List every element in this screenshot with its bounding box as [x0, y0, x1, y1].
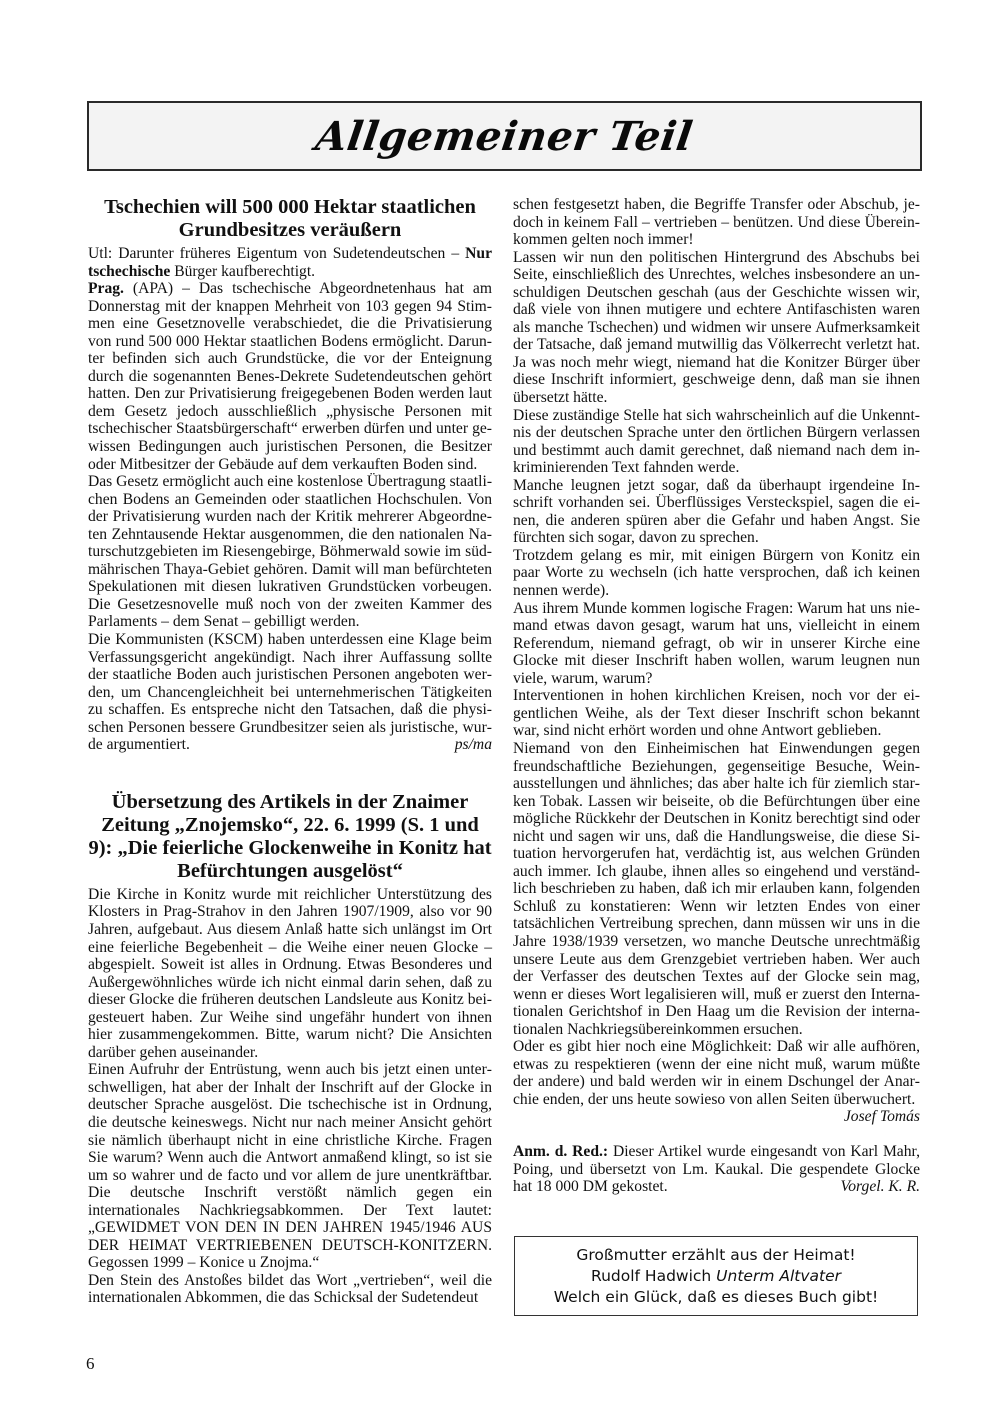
article1-signature: ps/ma — [455, 736, 492, 754]
dateline: Prag. — [88, 280, 124, 297]
article1-paragraph-1: Prag. (APA) – Das tschechische Abgeordne… — [88, 280, 492, 473]
book-ad-box: Großmutter erzählt aus der Heimat! Rudol… — [514, 1236, 918, 1316]
article2-paragraph: Interventionen in hohen kirchlichen Krei… — [513, 687, 920, 740]
article2-headline: Übersetzung des Artikels in der Znaimer … — [88, 791, 492, 883]
article1-paragraph-3: Die Kommunisten (KSCM) haben unterdessen… — [88, 631, 492, 754]
article2-paragraph: Den Stein des Anstoßes bildet das Wort „… — [88, 1272, 492, 1307]
article1-headline: Tschechien will 500 000 Hektar staatlich… — [88, 196, 492, 242]
document-page: Allgemeiner Teil Tschechien will 500 000… — [0, 0, 1000, 1412]
article2-paragraph: Trotzdem gelang es mir, mit einigen Bürg… — [513, 547, 920, 600]
article2-paragraph: Diese zuständige Stelle hat sich wahrsch… — [513, 407, 920, 477]
article2-paragraph: Einen Aufruhr der Entrüstung, wenn auch … — [88, 1061, 492, 1272]
article2-paragraph: Die Kirche in Konitz wurde mit reichlich… — [88, 886, 492, 1061]
section-title: Allgemeiner Teil — [313, 113, 696, 160]
editor-note: Anm. d. Red.: Dieser Artikel wurde einge… — [513, 1143, 920, 1196]
left-column: Tschechien will 500 000 Hektar staatlich… — [88, 196, 492, 1307]
editor-note-label: Anm. d. Red.: — [513, 1143, 608, 1160]
article2-paragraph: Manche leugnen jetzt sogar, daß da überh… — [513, 477, 920, 547]
article2-paragraph: Aus ihrem Munde kommen logische Fragen: … — [513, 600, 920, 688]
editor-note-signature: Vorgel. K. R. — [840, 1178, 920, 1196]
subtitle-text: Utl: Darunter früheres Eigentum von Sude… — [88, 245, 465, 262]
section-header-box: Allgemeiner Teil — [87, 101, 922, 171]
ad-line-1: Großmutter erzählt aus der Heimat! — [515, 1245, 917, 1266]
article2-paragraph: Lassen wir nun den politischen Hintergru… — [513, 249, 920, 407]
article1-paragraph-2: Das Gesetz ermöglicht auch eine kostenlo… — [88, 473, 492, 631]
article2-paragraph: schen festgesetzt haben, die Begriffe Tr… — [513, 196, 920, 249]
paragraph-text: Die Kommunisten (KSCM) haben unterdessen… — [88, 631, 492, 753]
right-column: schen festgesetzt haben, die Begriffe Tr… — [513, 196, 920, 1196]
ad-author: Rudolf Hadwich — [591, 1267, 716, 1285]
article1-subtitle: Utl: Darunter früheres Eigentum von Sude… — [88, 245, 492, 280]
ad-line-3: Welch ein Glück, daß es dieses Buch gibt… — [515, 1287, 917, 1308]
article2-paragraph: Niemand von den Einheimischen hat Einwen… — [513, 740, 920, 1038]
paragraph-text: (APA) – Das tschechische Abgeordnetenhau… — [88, 280, 492, 472]
ad-line-2: Rudolf Hadwich Unterm Altvater — [515, 1266, 917, 1287]
article2-paragraph: Oder es gibt hier noch eine Möglichkeit:… — [513, 1038, 920, 1108]
ad-book-title: Unterm Altvater — [716, 1267, 841, 1285]
subtitle-suffix-text: Bürger kaufberechtigt. — [170, 263, 315, 280]
article2-author: Josef Tomás — [513, 1108, 920, 1126]
page-number: 6 — [86, 1354, 95, 1374]
